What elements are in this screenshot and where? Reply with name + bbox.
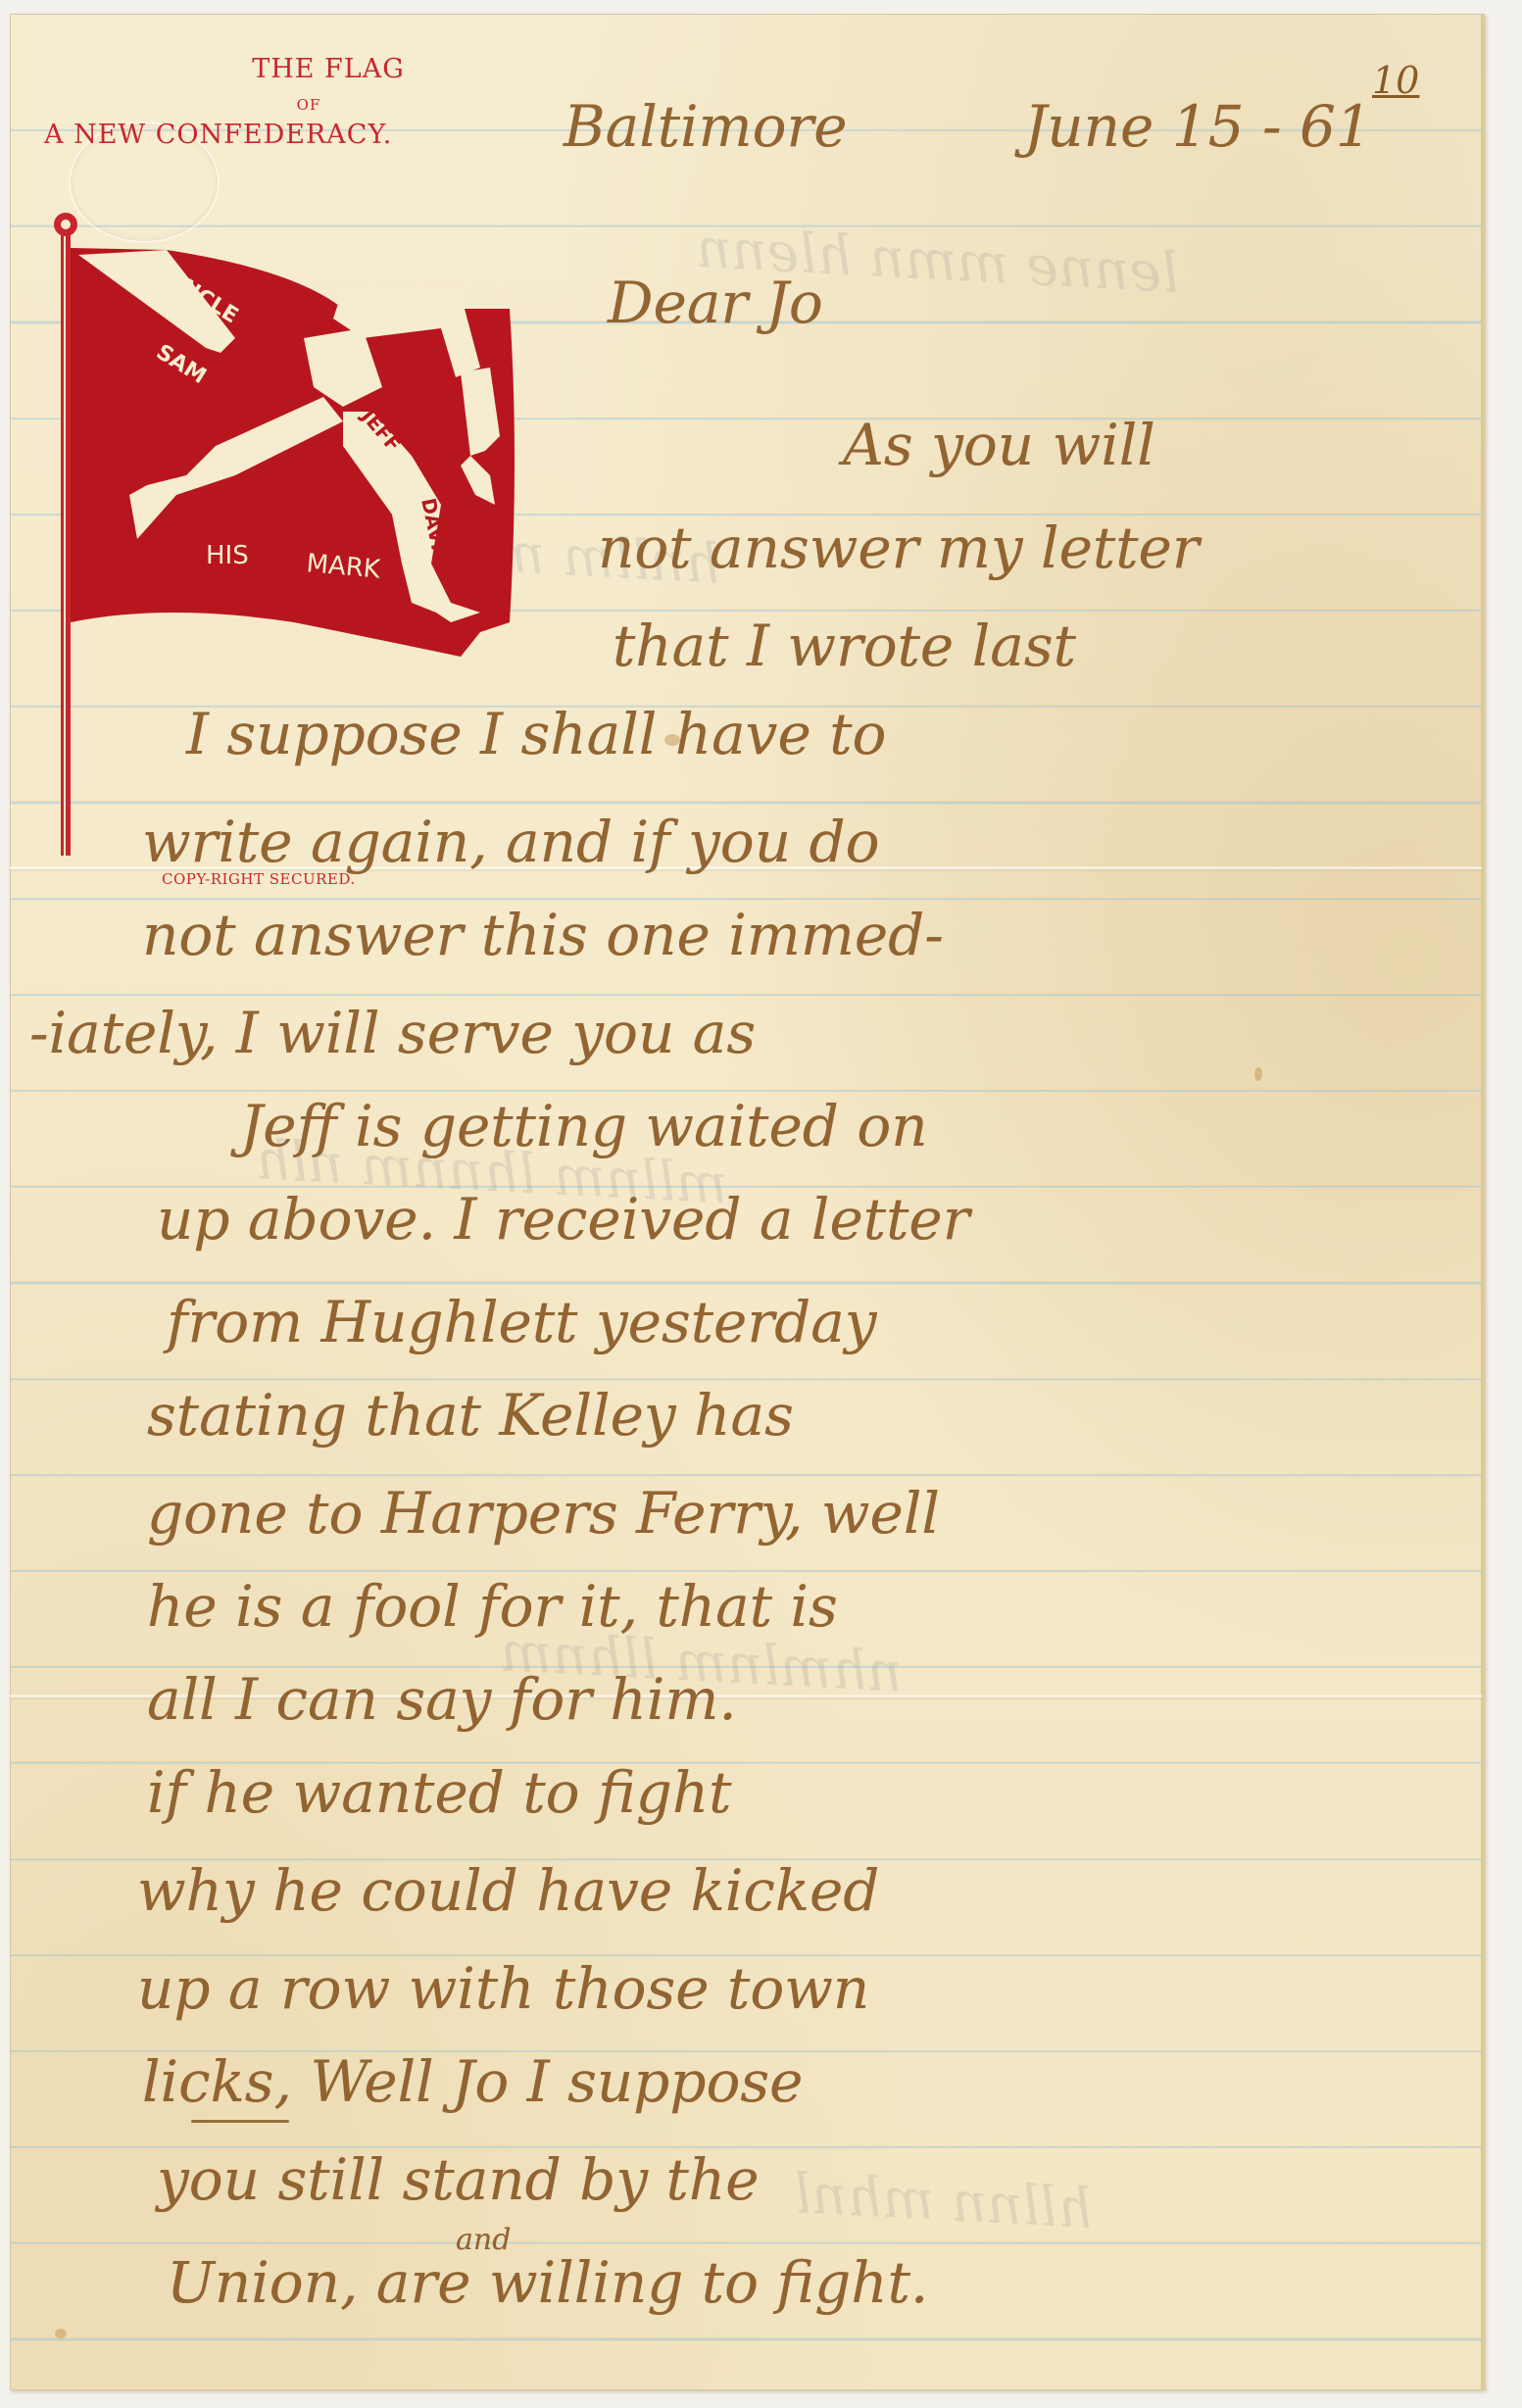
letter-line: up above. I received a letter bbox=[157, 1186, 969, 1253]
letter-line: licks, Well Jo I suppose bbox=[142, 2048, 803, 2115]
letter-line: why he could have kicked bbox=[137, 1857, 879, 1924]
underline-mark bbox=[191, 2120, 289, 2123]
letter-line: up a row with those town bbox=[137, 1955, 869, 2022]
letter-line: write again, and if you do bbox=[142, 809, 880, 875]
letter-line: stating that Kelley has bbox=[147, 1382, 794, 1449]
letter-line: if he wanted to fight bbox=[147, 1759, 731, 1826]
ink-stain bbox=[55, 2329, 67, 2338]
page-number: 10 bbox=[1372, 59, 1419, 102]
letterhead-title: THE FLAG bbox=[103, 54, 554, 84]
letter-line: not answer my letter bbox=[598, 515, 1200, 581]
letterhead-of: OF bbox=[64, 96, 554, 114]
letter-line: he is a fool for it, that is bbox=[147, 1573, 838, 1640]
bleed-through-text: hllnn mhnl bbox=[793, 2162, 1095, 2241]
letter-line: gone to Harpers Ferry, well bbox=[147, 1480, 940, 1547]
letter-date: June 15 - 61 bbox=[1024, 93, 1372, 160]
letter-line: not answer this one immed- bbox=[142, 902, 944, 968]
letter-line: -iately, I will serve you as bbox=[29, 1000, 756, 1066]
letter-line: As you will bbox=[843, 412, 1155, 478]
letterhead: THE FLAG OF A NEW CONFEDERACY. bbox=[44, 54, 554, 150]
letter-line: you still stand by the bbox=[157, 2146, 760, 2213]
letterhead-subtitle: A NEW CONFEDERACY. bbox=[44, 120, 554, 150]
ink-stain bbox=[1254, 1067, 1262, 1081]
letter-salutation: Dear Jo bbox=[608, 270, 823, 336]
letter-line: all I can say for him. bbox=[147, 1666, 737, 1733]
flag-label-his: HIS bbox=[206, 541, 249, 570]
letter-line: Jeff is getting waited on bbox=[240, 1093, 928, 1159]
letter-line: Union, are willing to fight. bbox=[167, 2249, 928, 2316]
letter-line: from Hughlett yesterday bbox=[167, 1289, 877, 1355]
letter-line: that I wrote last bbox=[613, 613, 1076, 679]
letter-place: Baltimore bbox=[564, 93, 848, 160]
letter-line: I suppose I shall have to bbox=[186, 701, 886, 767]
